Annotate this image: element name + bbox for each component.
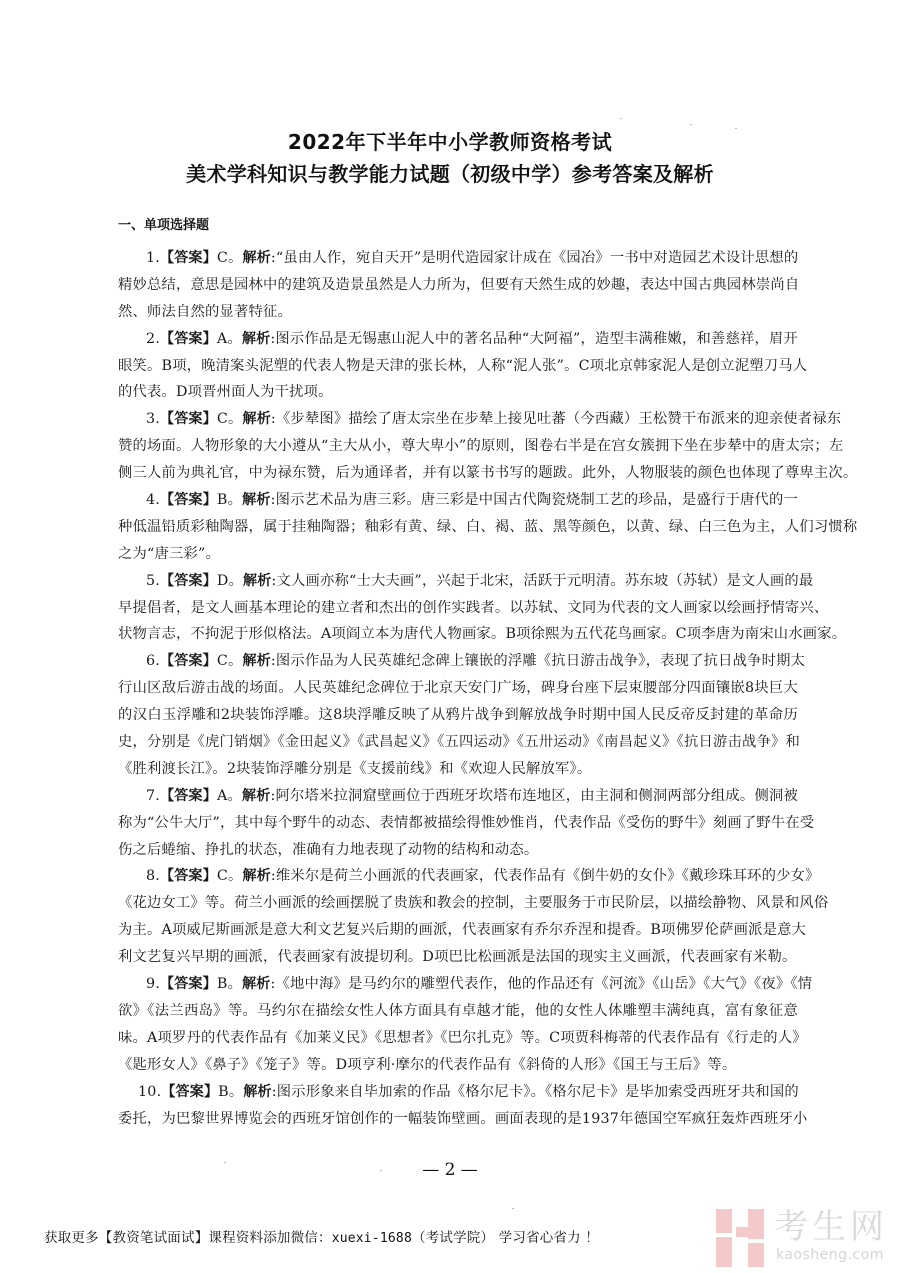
answer-item-line: 委托，为巴黎世界博览会的西班牙馆创作的一幅装饰壁画。画面表现的是1937年德国空… (118, 1106, 798, 1133)
analysis-label: 解析 (243, 573, 271, 589)
answer-item-line: 眼笑。B项，晚清案头泥塑的代表人物是天津的张长林，人称“泥人张”。C项北京韩家泥… (118, 353, 798, 380)
answer-item: 7.【答案】A。解析:阿尔塔米拉洞窟壁画位于西班牙坎塔布连地区，由主洞和侧洞两部… (118, 783, 798, 864)
answer-item-first-line: 10.【答案】B。解析:图示形象来自毕加索的作品《格尔尼卡》。《格尔尼卡》是毕加… (118, 1079, 798, 1106)
analysis-label: 解析 (243, 250, 271, 266)
answer-item: 4.【答案】B。解析:图示艺术品为唐三彩。唐三彩是中国古代陶瓷烧制工艺的珍品，是… (118, 487, 798, 568)
section-heading-single-choice: 一、单项选择题 (118, 214, 209, 233)
answer-tag: 【答案】 (160, 868, 217, 884)
analysis-text: :图示作品是无锡惠山泥人中的著名品种“大阿福”，造型丰满稚嫩，和善慈祥，眉开 (270, 331, 798, 347)
answer-item-line: 精妙总结，意思是园林中的建筑及造景虽然是人力所为，但要有天然生成的妙趣，表达中国… (118, 272, 798, 299)
answer-item: 3.【答案】C。解析:《步辇图》描绘了唐太宗坐在步辇上接见吐蕃（今西藏）王松赞干… (118, 406, 798, 487)
answer-item-first-line: 7.【答案】A。解析:阿尔塔米拉洞窟壁画位于西班牙坎塔布连地区，由主洞和侧洞两部… (118, 783, 798, 810)
analysis-label: 解析 (242, 788, 270, 804)
question-number: 8. (146, 868, 160, 884)
analysis-label: 解析 (243, 868, 271, 884)
answer-item-first-line: 4.【答案】B。解析:图示艺术品为唐三彩。唐三彩是中国古代陶瓷烧制工艺的珍品，是… (118, 487, 798, 514)
answer-item-line: 《胜利渡长江》。2块装饰浮雕分别是《支援前线》和《欢迎人民解放军》。 (118, 756, 798, 783)
answer-item-line: 利文艺复兴早期的画派，代表画家有波提切利。D项巴比松画派是法国的现实主义画派，代… (118, 944, 798, 971)
kaosheng-logo-mark-icon (716, 1209, 764, 1267)
answer-tag: 【答案】 (160, 573, 217, 589)
analysis-text: :文人画亦称“士大夫画”，兴起于北宋，活跃于元明清。苏东坡（苏轼）是文人画的最 (271, 573, 813, 589)
analysis-text: :《步辇图》描绘了唐太宗坐在步辇上接见吐蕃（今西藏）王松赞干布派来的迎亲使者禄东 (271, 411, 841, 427)
answer-item-first-line: 1.【答案】C。解析:“虽由人作，宛自天开”是明代造园家计成在《园冶》一书中对造… (118, 245, 798, 272)
answer-tag: 【答案】 (160, 411, 217, 427)
answer-item: 1.【答案】C。解析:“虽由人作，宛自天开”是明代造园家计成在《园冶》一书中对造… (118, 245, 798, 326)
analysis-text: :维米尔是荷兰小画派的代表画家，代表作品有《倒牛奶的女仆》《戴珍珠耳环的少女》 (271, 868, 820, 884)
answer-item-line: 之为“唐三彩”。 (118, 541, 798, 568)
answer-tag: 【答案】 (160, 250, 217, 266)
watermark-cn-text: 考生网 (774, 1207, 888, 1247)
answer-item: 8.【答案】C。解析:维米尔是荷兰小画派的代表画家，代表作品有《倒牛奶的女仆》《… (118, 863, 798, 971)
answer-tag: 【答案】 (160, 976, 217, 992)
answer-item-line: 《匙形女人》《鼻子》《笼子》等。D项亨利·摩尔的代表作品有《斜倚的人形》《国王与… (118, 1052, 798, 1079)
analysis-text: :图示艺术品为唐三彩。唐三彩是中国古代陶瓷烧制工艺的珍品，是盛行于唐代的一 (271, 492, 798, 508)
answer-choice: C。 (217, 868, 243, 884)
answer-item-first-line: 3.【答案】C。解析:《步辇图》描绘了唐太宗坐在步辇上接见吐蕃（今西藏）王松赞干… (118, 406, 798, 433)
answer-item-first-line: 9.【答案】B。解析:《地中海》是马约尔的雕塑代表作，他的作品还有《河流》《山岳… (118, 971, 798, 998)
answer-choice: B。 (218, 1084, 243, 1100)
answer-item-first-line: 8.【答案】C。解析:维米尔是荷兰小画派的代表画家，代表作品有《倒牛奶的女仆》《… (118, 863, 798, 890)
analysis-text: :阿尔塔米拉洞窟壁画位于西班牙坎塔布连地区，由主洞和侧洞两部分组成。侧洞被 (270, 788, 798, 804)
analysis-label: 解析 (242, 976, 270, 992)
answer-item-first-line: 5.【答案】D。解析:文人画亦称“士大夫画”，兴起于北宋，活跃于元明清。苏东坡（… (118, 568, 798, 595)
analysis-label: 解析 (242, 492, 270, 508)
answer-tag: 【答案】 (160, 653, 217, 669)
answer-item: 10.【答案】B。解析:图示形象来自毕加索的作品《格尔尼卡》。《格尔尼卡》是毕加… (118, 1079, 798, 1133)
analysis-text: :“虽由人作，宛自天开”是明代造园家计成在《园冶》一书中对造园艺术设计思想的 (271, 250, 798, 266)
answer-item-line: 的汉白玉浮雕和2块装饰浮雕。这8块浮雕反映了从鸦片战争到解放战争时期中国人民反帝… (118, 702, 798, 729)
question-number: 7. (146, 788, 160, 804)
answer-item-line: 种低温铅质彩釉陶器，属于挂釉陶器；釉彩有黄、绿、白、褐、蓝、黑等颜色，以黄、绿、… (118, 514, 798, 541)
answer-item: 6.【答案】C。解析:图示作品为人民英雄纪念碑上镶嵌的浮雕《抗日游击战争》，表现… (118, 648, 798, 782)
answer-item-line: 《花边女工》等。荷兰小画派的绘画摆脱了贵族和教会的控制，主要服务于市民阶层，以描… (118, 890, 798, 917)
answer-choice: A。 (217, 788, 242, 804)
question-number: 5. (146, 573, 160, 589)
answer-choice: C。 (217, 411, 243, 427)
answer-item-line: 伤之后蜷缩、挣扎的状态，准确有力地表现了动物的结构和动态。 (118, 837, 798, 864)
question-number: 4. (146, 492, 160, 508)
answer-choice: B。 (217, 976, 242, 992)
footer-wechat-id: xuexi-1688 (332, 1231, 412, 1246)
kaosheng-watermark-logo: 考生网 kaosheng.com (716, 1207, 896, 1269)
answer-tag: 【答案】 (160, 331, 217, 347)
analysis-label: 解析 (242, 331, 270, 347)
answer-item-line: 状物言志，不拘泥于形似格法。A项阎立本为唐代人物画家。B项徐熙为五代花鸟画家。C… (118, 621, 798, 648)
answer-item-first-line: 2.【答案】A。解析:图示作品是无锡惠山泥人中的著名品种“大阿福”，造型丰满稚嫩… (118, 326, 798, 353)
question-number: 9. (146, 976, 160, 992)
answer-tag: 【答案】 (160, 788, 217, 804)
answer-tag: 【答案】 (161, 1084, 218, 1100)
analysis-label: 解析 (243, 653, 271, 669)
question-number: 6. (146, 653, 160, 669)
answer-item-line: 早提倡者，是文人画基本理论的建立者和杰出的创作实践者。以苏轼、文同为代表的文人画… (118, 595, 798, 622)
answer-choice: B。 (217, 492, 242, 508)
watermark-en-text: kaosheng.com (776, 1247, 884, 1263)
document-title-line2: 美术学科知识与教学能力试题（初级中学）参考答案及解析 (0, 158, 900, 187)
answer-item-first-line: 6.【答案】C。解析:图示作品为人民英雄纪念碑上镶嵌的浮雕《抗日游击战争》，表现… (118, 648, 798, 675)
question-number: 10. (138, 1084, 161, 1100)
question-number: 3. (146, 411, 160, 427)
analysis-text: :《地中海》是马约尔的雕塑代表作，他的作品还有《河流》《山岳》《大气》《夜》《情 (270, 976, 812, 992)
footer-prefix: 获取更多【教资笔试面试】课程资料添加微信： (44, 1230, 332, 1246)
answer-list: 1.【答案】C。解析:“虽由人作，宛自天开”是明代造园家计成在《园冶》一书中对造… (118, 245, 798, 1132)
analysis-label: 解析 (243, 411, 271, 427)
answer-item-line: 为主。A项威尼斯画派是意大利文艺复兴后期的画派，代表画家有乔尔乔涅和提香。B项佛… (118, 917, 798, 944)
answer-item: 2.【答案】A。解析:图示作品是无锡惠山泥人中的著名品种“大阿福”，造型丰满稚嫩… (118, 326, 798, 407)
analysis-label: 解析 (243, 1084, 271, 1100)
answer-item: 5.【答案】D。解析:文人画亦称“士大夫画”，兴起于北宋，活跃于元明清。苏东坡（… (118, 568, 798, 649)
answer-choice: A。 (217, 331, 242, 347)
answer-choice: C。 (217, 250, 243, 266)
answer-item-line: 欲》《法兰西岛》等。马约尔在描绘女性人体方面具有卓越才能，他的女性人体雕塑丰满纯… (118, 998, 798, 1025)
answer-item-line: 行山区敌后游击战的场面。人民英雄纪念碑位于北京天安门广场，碑身台座下层束腰部分四… (118, 675, 798, 702)
answer-item-line: 侧三人前为典礼官，中为禄东赞，后为通译者，并有以篆书书写的题跋。此外，人物服装的… (118, 460, 798, 487)
answer-item-line: 然、师法自然的显著特征。 (118, 299, 798, 326)
answer-choice: D。 (217, 573, 243, 589)
answer-item-line: 赞的场面。人物形象的大小遵从“主大从小，尊大卑小”的原则，图卷右半是在宫女簇拥下… (118, 433, 798, 460)
page-number: — 2 — (0, 1160, 900, 1180)
answer-choice: C。 (217, 653, 243, 669)
answer-item-line: 史，分别是《虎门销烟》《金田起义》《武昌起义》《五四运动》《五卅运动》《南昌起义… (118, 729, 798, 756)
answer-tag: 【答案】 (160, 492, 217, 508)
question-number: 1. (146, 250, 160, 266)
analysis-text: :图示作品为人民英雄纪念碑上镶嵌的浮雕《抗日游击战争》，表现了抗日战争时期太 (271, 653, 805, 669)
analysis-text: :图示形象来自毕加索的作品《格尔尼卡》。《格尔尼卡》是毕加索受西班牙共和国的 (272, 1084, 799, 1100)
document-title-line1: 2022年下半年中小学教师资格考试 (0, 126, 900, 155)
answer-item-line: 的代表。D项晋州面人为干扰项。 (118, 379, 798, 406)
footer-promo: 获取更多【教资笔试面试】课程资料添加微信：xuexi-1688（考试学院） 学习… (44, 1226, 599, 1246)
question-number: 2. (146, 331, 160, 347)
answer-item-line: 称为“公牛大厅”，其中每个野牛的动态、表情都被描绘得惟妙惟肖，代表作品《受伤的野… (118, 810, 798, 837)
answer-item-line: 味。A项罗丹的代表作品有《加莱义民》《思想者》《巴尔扎克》等。C项贾科梅蒂的代表… (118, 1025, 798, 1052)
answer-item: 9.【答案】B。解析:《地中海》是马约尔的雕塑代表作，他的作品还有《河流》《山岳… (118, 971, 798, 1079)
footer-suffix: （考试学院） 学习省心省力 ！ (412, 1230, 599, 1246)
